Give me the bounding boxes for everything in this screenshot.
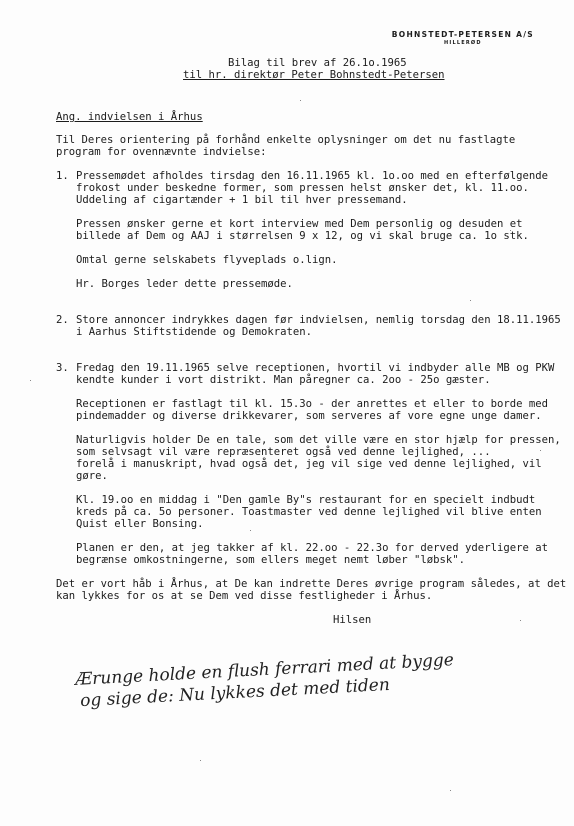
item-3-line: gøre. <box>76 471 108 483</box>
item-3-line: kendte kunder i vort distrikt. Man påreg… <box>76 375 491 387</box>
item-3-line: begrænse omkostningerne, som ellers mege… <box>76 555 465 567</box>
item-1-line: Hr. Borges leder dette pressemøde. <box>76 279 293 291</box>
item-3-line: forelå i manuskript, hvad også det, jeg … <box>76 459 542 471</box>
item-1-line: Omtal gerne selskabets flyveplads o.lign… <box>76 255 338 267</box>
intro-line-1: Til Deres orientering på forhånd enkelte… <box>56 135 515 147</box>
item-number: 1. <box>56 171 69 183</box>
item-1-line: frokost under beskedne former, som press… <box>76 183 529 195</box>
intro-line-2: program for ovennævnte indvielse: <box>56 147 266 159</box>
company-name: BOHNSTEDT-PETERSEN A/S <box>392 30 534 39</box>
item-3-line: pindemadder og diverse drikkevarer, som … <box>76 411 542 423</box>
item-number: 2. <box>56 315 69 327</box>
item-3-line: som selvsagt vil være repræsenteret også… <box>76 447 491 459</box>
item-2-line: i Aarhus Stiftstidende og Demokraten. <box>76 327 312 339</box>
item-3-line: Naturligvis holder De en tale, som det v… <box>76 435 561 447</box>
item-3-line: kreds på ca. 5o personer. Toastmaster ve… <box>76 507 542 519</box>
closing-line-1: Det er vort håb i Århus, at De kan indre… <box>56 579 566 591</box>
item-3-line: Receptionen er fastlagt til kl. 15.3o - … <box>76 399 548 411</box>
item-1-line: billede af Dem og AAJ i størrelsen 9 x 1… <box>76 231 529 243</box>
signoff: Hilsen <box>333 615 371 627</box>
subject-heading: Ang. indvielsen i Århus <box>56 112 203 124</box>
item-1-line: Uddeling af cigartænder + 1 bil til hver… <box>76 195 408 207</box>
item-number: 3. <box>56 363 69 375</box>
closing-line-2: kan lykkes for os at se Dem ved disse fe… <box>56 591 432 603</box>
item-2-line: Store annoncer indrykkes dagen før indvi… <box>76 315 561 327</box>
header-line-2: til hr. direktør Peter Bohnstedt-Peterse… <box>183 70 445 82</box>
item-3-line: Kl. 19.oo en middag i "Den gamle By"s re… <box>76 495 535 507</box>
header-line-1: Bilag til brev af 26.1o.1965 <box>228 58 407 70</box>
item-1-line: Pressen ønsker gerne et kort interview m… <box>76 219 522 231</box>
letterhead: BOHNSTEDT-PETERSEN A/S HILLERØD <box>392 30 534 46</box>
item-3-line: Planen er den, at jeg takker af kl. 22.o… <box>76 543 548 555</box>
item-3-line: Quist eller Bonsing. <box>76 519 204 531</box>
item-3-line: Fredag den 19.11.1965 selve receptionen,… <box>76 363 554 375</box>
company-city: HILLERØD <box>392 40 534 46</box>
item-1-line: Pressemødet afholdes tirsdag den 16.11.1… <box>76 171 548 183</box>
